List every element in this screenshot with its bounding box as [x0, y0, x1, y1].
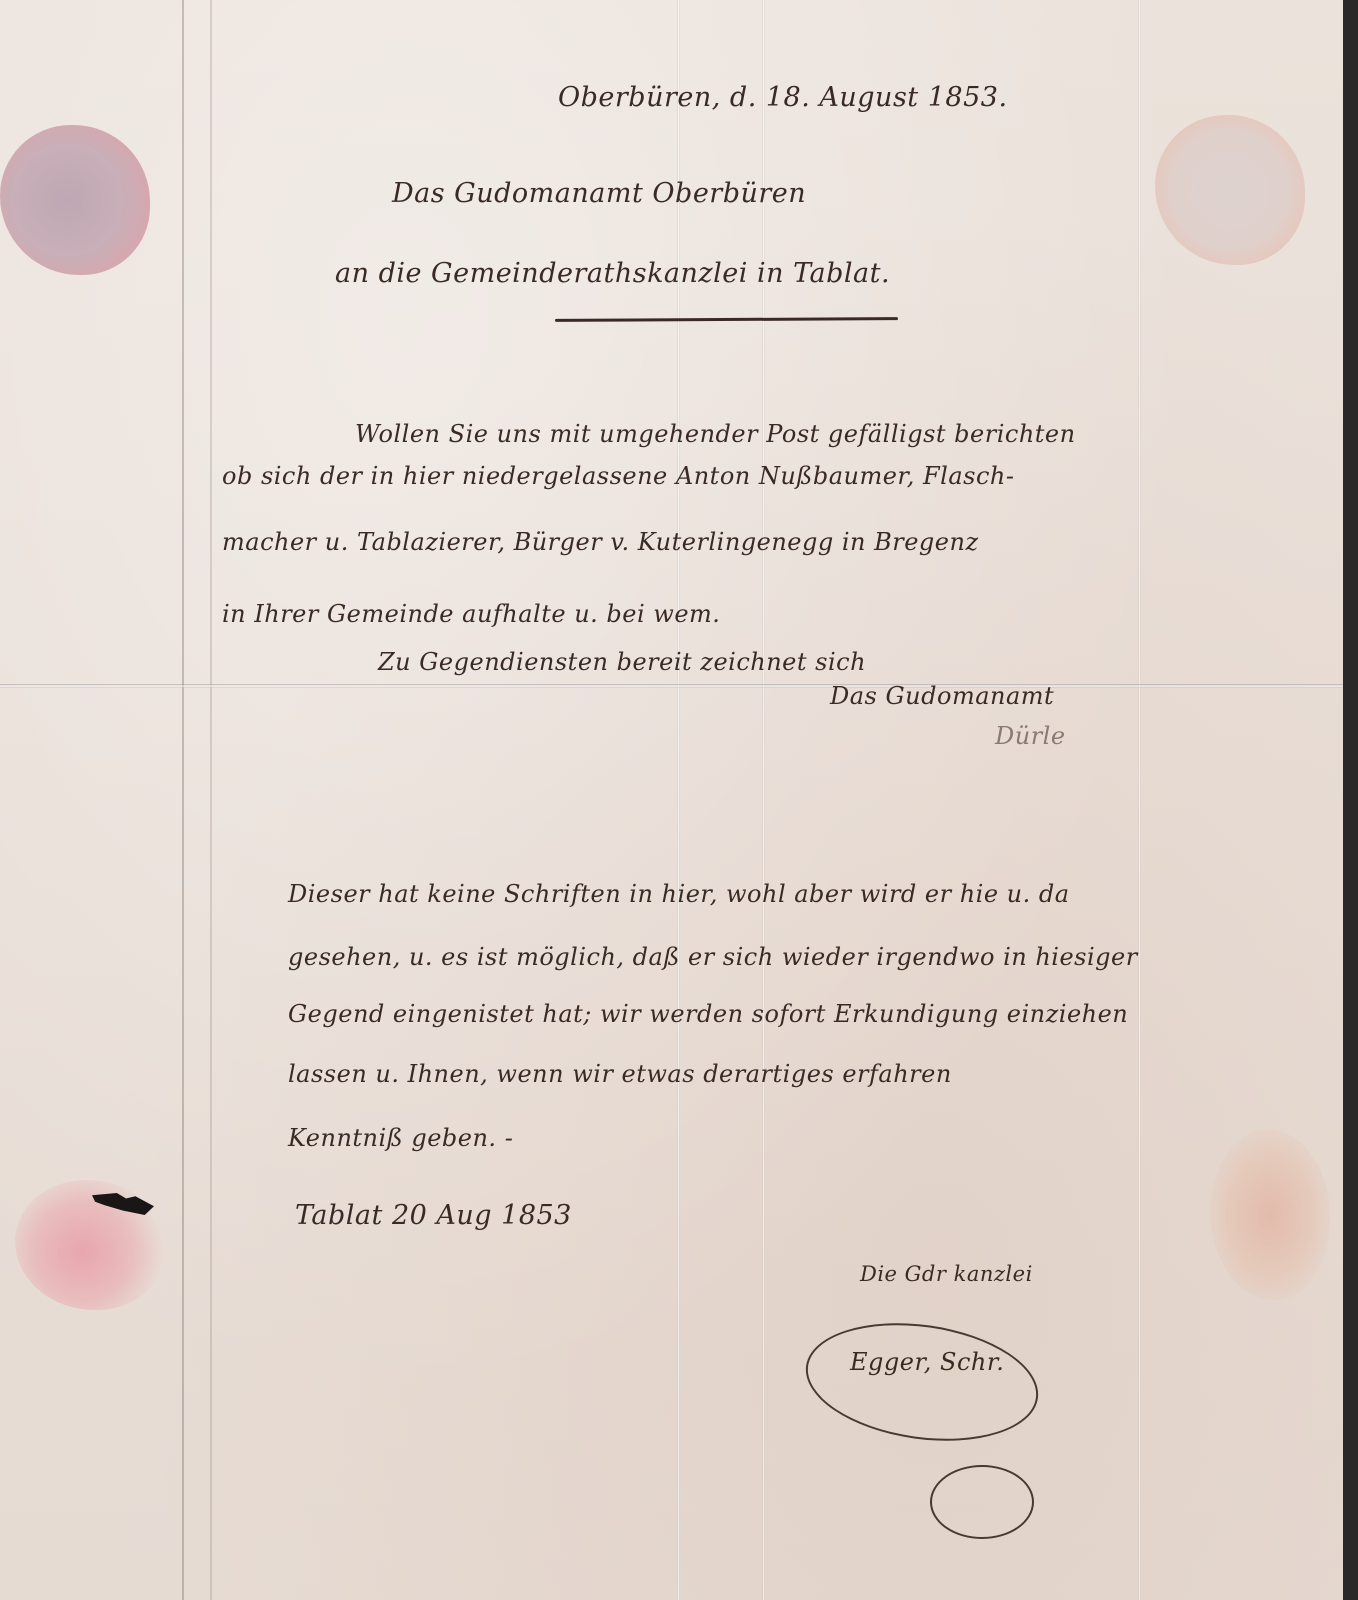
signature-flourish — [798, 1309, 1046, 1454]
wax-seal-bottom-right — [1210, 1130, 1330, 1300]
margin-line — [210, 0, 212, 1600]
annotation: Dürle — [995, 722, 1066, 750]
fold-line-vertical — [1138, 0, 1141, 1600]
reply-line: Dieser hat keine Schriften in hier, wohl… — [288, 880, 1070, 908]
place-date: Oberbüren, d. 18. August 1853. — [558, 82, 1008, 113]
margin-line — [182, 0, 184, 1600]
signature-flourish — [930, 1465, 1034, 1539]
body-line: in Ihrer Gemeinde aufhalte u. bei wem. — [222, 600, 720, 628]
wax-seal-top-right — [1155, 115, 1305, 265]
reply-office: Die Gdr kanzlei — [860, 1262, 1033, 1286]
letter-sheet: Oberbüren, d. 18. August 1853. Das Gudom… — [0, 0, 1343, 1600]
wax-seal-bottom-left — [15, 1180, 165, 1310]
sender-line: Das Gudomanamt Oberbüren — [392, 178, 806, 209]
wax-seal-top-left — [0, 125, 150, 275]
reply-line: lassen u. Ihnen, wenn wir etwas derartig… — [288, 1060, 952, 1088]
fold-line-vertical — [677, 0, 680, 1600]
closing-line: Zu Gegendiensten bereit zeichnet sich — [378, 648, 866, 676]
recipient-line: an die Gemeinderathskanzlei in Tablat. — [335, 258, 890, 289]
divider-rule — [555, 317, 898, 322]
body-line: ob sich der in hier niedergelassene Anto… — [222, 462, 1014, 490]
fold-line-horizontal — [0, 684, 1343, 688]
reply-line: Kenntniß geben. - — [288, 1124, 513, 1152]
reply-line: gesehen, u. es ist möglich, daß er sich … — [288, 943, 1138, 971]
reply-place-date: Tablat 20 Aug 1853 — [295, 1200, 572, 1231]
signature-title: Das Gudomanamt — [830, 682, 1054, 710]
body-line: macher u. Tablazierer, Bürger v. Kuterli… — [222, 528, 979, 556]
reply-line: Gegend eingenistet hat; wir werden sofor… — [288, 1000, 1128, 1028]
body-line: Wollen Sie uns mit umgehender Post gefäl… — [355, 420, 1076, 448]
fold-line-vertical — [762, 0, 765, 1600]
